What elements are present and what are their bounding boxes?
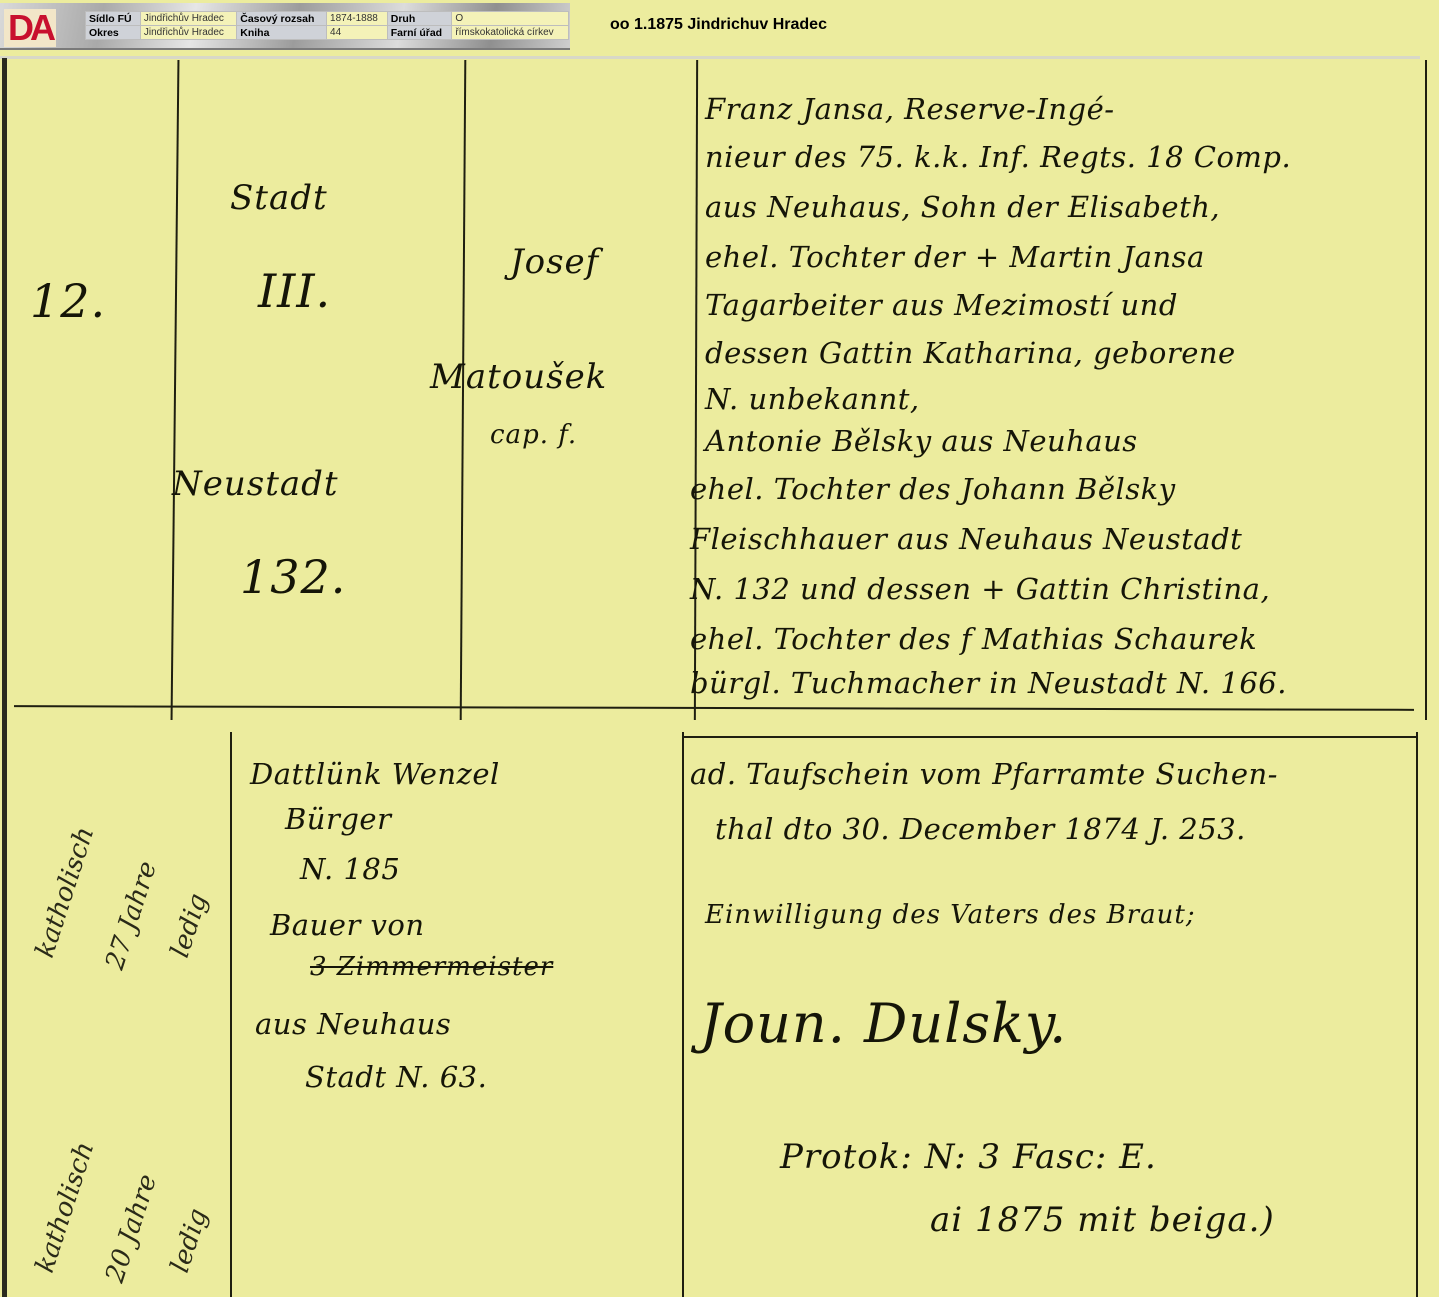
age-label: 20 Jahre [100,1171,163,1287]
text-line: ad. Taufschein vom Pfarramte Suchen- [690,757,1278,791]
text-line: ehel. Tochter der + Martin Jansa [705,240,1205,274]
text-line: nieur des 75. k.k. Inf. Regts. 18 Comp. [705,140,1291,174]
text-line: ehel. Tochter des Johann Bělsky [690,472,1176,506]
text-line: N. 132 und dessen + Gattin Christina, [690,572,1270,606]
lower-column-rule-right [1416,732,1418,1297]
record-metadata-table: Sídlo FÚ Jindřichův Hradec Časový rozsah… [85,11,569,40]
text-line-struck: 3 Zimmermeister [310,952,553,982]
page-edge [2,58,7,1297]
text-line: Protok: N: 3 Fasc: E. [780,1137,1157,1177]
okres-value: Jindřichův Hradec [140,26,236,40]
sidlo-fu-label: Sídlo FÚ [86,12,141,26]
column-rule-right [1425,60,1427,720]
column-rule-1 [171,60,180,720]
lower-column-rule-1 [230,732,232,1297]
farni-urad-value: římskokatolická církev [452,26,569,40]
officiant-first-name: Josef [510,242,599,282]
address-district-number: III. [258,264,331,318]
officiant-title: cap. f. [490,420,577,450]
text-line: ehel. Tochter des f Mathias Schaurek [690,622,1257,656]
marital-status-label: ledig [165,1205,214,1276]
text-line: Einwilligung des Vaters des Braut; [705,900,1196,930]
address-house-number: 132. [240,550,346,604]
register-scan[interactable]: 12. Stadt III. Neustadt 132. Josef Matou… [0,52,1439,1297]
text-line: thal dto 30. December 1874 J. 253. [715,812,1246,846]
text-line: Fleischhauer aus Neuhaus Neustadt [690,522,1242,556]
text-line: Antonie Bělsky aus Neuhaus [705,424,1138,458]
druh-value: O [452,12,569,26]
lower-top-rule [684,736,1416,738]
farni-urad-label: Farní úřad [387,26,452,40]
archive-banner: DA Sídlo FÚ Jindřichův Hradec Časový roz… [0,3,570,50]
druh-label: Druh [387,12,452,26]
text-line: Bürger [285,802,391,836]
text-line: N. 185 [300,852,400,886]
text-line: aus Neuhaus, Sohn der Elisabeth, [705,190,1220,224]
text-line: ai 1875 mit beiga.) [930,1200,1275,1240]
text-line: bürgl. Tuchmacher in Neustadt N. 166. [690,666,1287,700]
text-line: Stadt N. 63. [305,1060,487,1094]
address-neustadt: Neustadt [172,464,339,504]
okres-label: Okres [86,26,141,40]
age-label: 27 Jahre [100,858,163,974]
lower-column-rule-2 [682,732,684,1297]
officiant-surname: Matoušek [430,357,607,397]
row-separator [14,705,1414,711]
casovy-rozsah-label: Časový rozsah [237,12,327,26]
religion-label: katholisch [30,823,100,961]
column-rule-3 [694,60,698,720]
entry-number: 12. [30,274,106,328]
text-line: N. unbekannt, [705,382,920,416]
viewer-header: DA Sídlo FÚ Jindřichův Hradec Časový roz… [0,0,1439,52]
address-stadt: Stadt [230,178,328,218]
marital-status-label: ledig [165,890,214,961]
signature: Joun. Dulsky. [700,992,1067,1055]
text-line: aus Neuhaus [255,1007,451,1041]
text-line: dessen Gattin Katharina, geborene [705,336,1236,370]
religion-label: katholisch [30,1138,100,1276]
kniha-label: Kniha [237,26,327,40]
archive-logo[interactable]: DA [4,9,56,47]
casovy-rozsah-value: 1874-1888 [327,12,388,26]
top-border-rule [0,56,1420,59]
kniha-value: 44 [327,26,388,40]
text-line: Bauer von [270,908,425,942]
sidlo-fu-value: Jindřichův Hradec [140,12,236,26]
text-line: Tagarbeiter aus Mezimostí und [705,288,1178,322]
text-line: Franz Jansa, Reserve-Ingé- [705,92,1115,126]
text-line: Dattlünk Wenzel [250,757,500,791]
page-title: oo 1.1875 Jindrichuv Hradec [610,16,827,34]
